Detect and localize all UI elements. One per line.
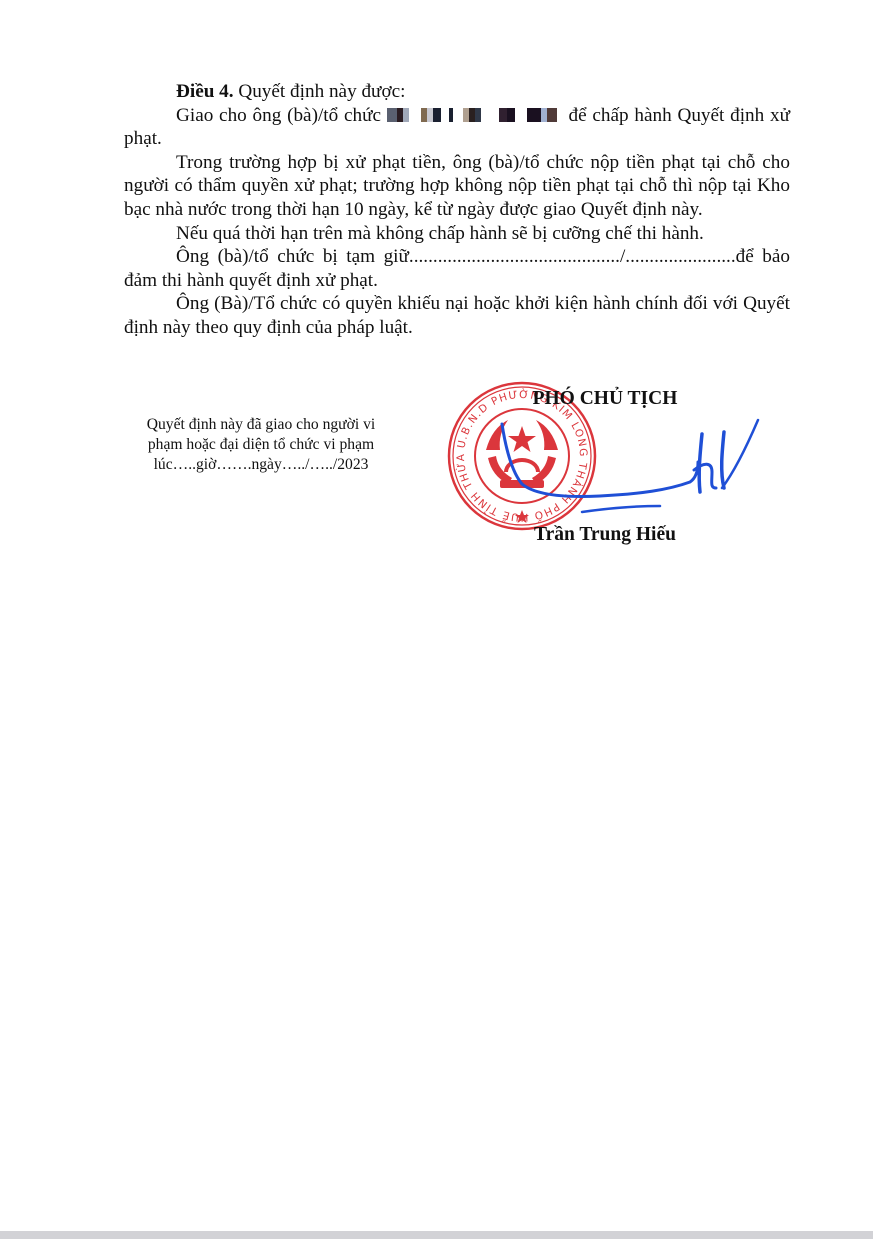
document-page: Điều 4. Quyết định này được: Giao cho ôn… [0,0,873,1231]
paragraph-complaint-rights: Ông (Bà)/Tổ chức có quyền khiếu nại hoặc… [124,292,790,339]
paragraph-fine-payment: Trong trường hợp bị xử phạt tiền, ông (b… [124,151,790,222]
redacted-name [387,108,563,122]
article-number: Điều 4. [176,81,234,102]
paragraph-delivery: Giao cho ông (bà)/tổ chức để chấp hành Q… [124,104,790,151]
paragraph-enforcement: Nếu quá thời hạn trên mà không chấp hành… [124,222,790,246]
article-heading: Điều 4. Quyết định này được: [124,80,790,104]
signer-name: Trần Trung Hiếu [470,524,740,546]
article-4-body: Điều 4. Quyết định này được: Giao cho ôn… [124,80,790,340]
handwritten-signature [490,410,770,520]
viewer-bottom-bar [0,1231,873,1239]
paragraph-seizure: Ông (bà)/tổ chức bị tạm giữ.............… [124,245,790,292]
paragraph-delivery-start: Giao cho ông (bà)/tổ chức [176,105,387,126]
signer-title: PHÓ CHỦ TỊCH [470,388,740,410]
article-heading-text: Quyết định này được: [234,81,406,102]
delivery-note: Quyết định này đã giao cho người vi phạm… [130,415,392,475]
